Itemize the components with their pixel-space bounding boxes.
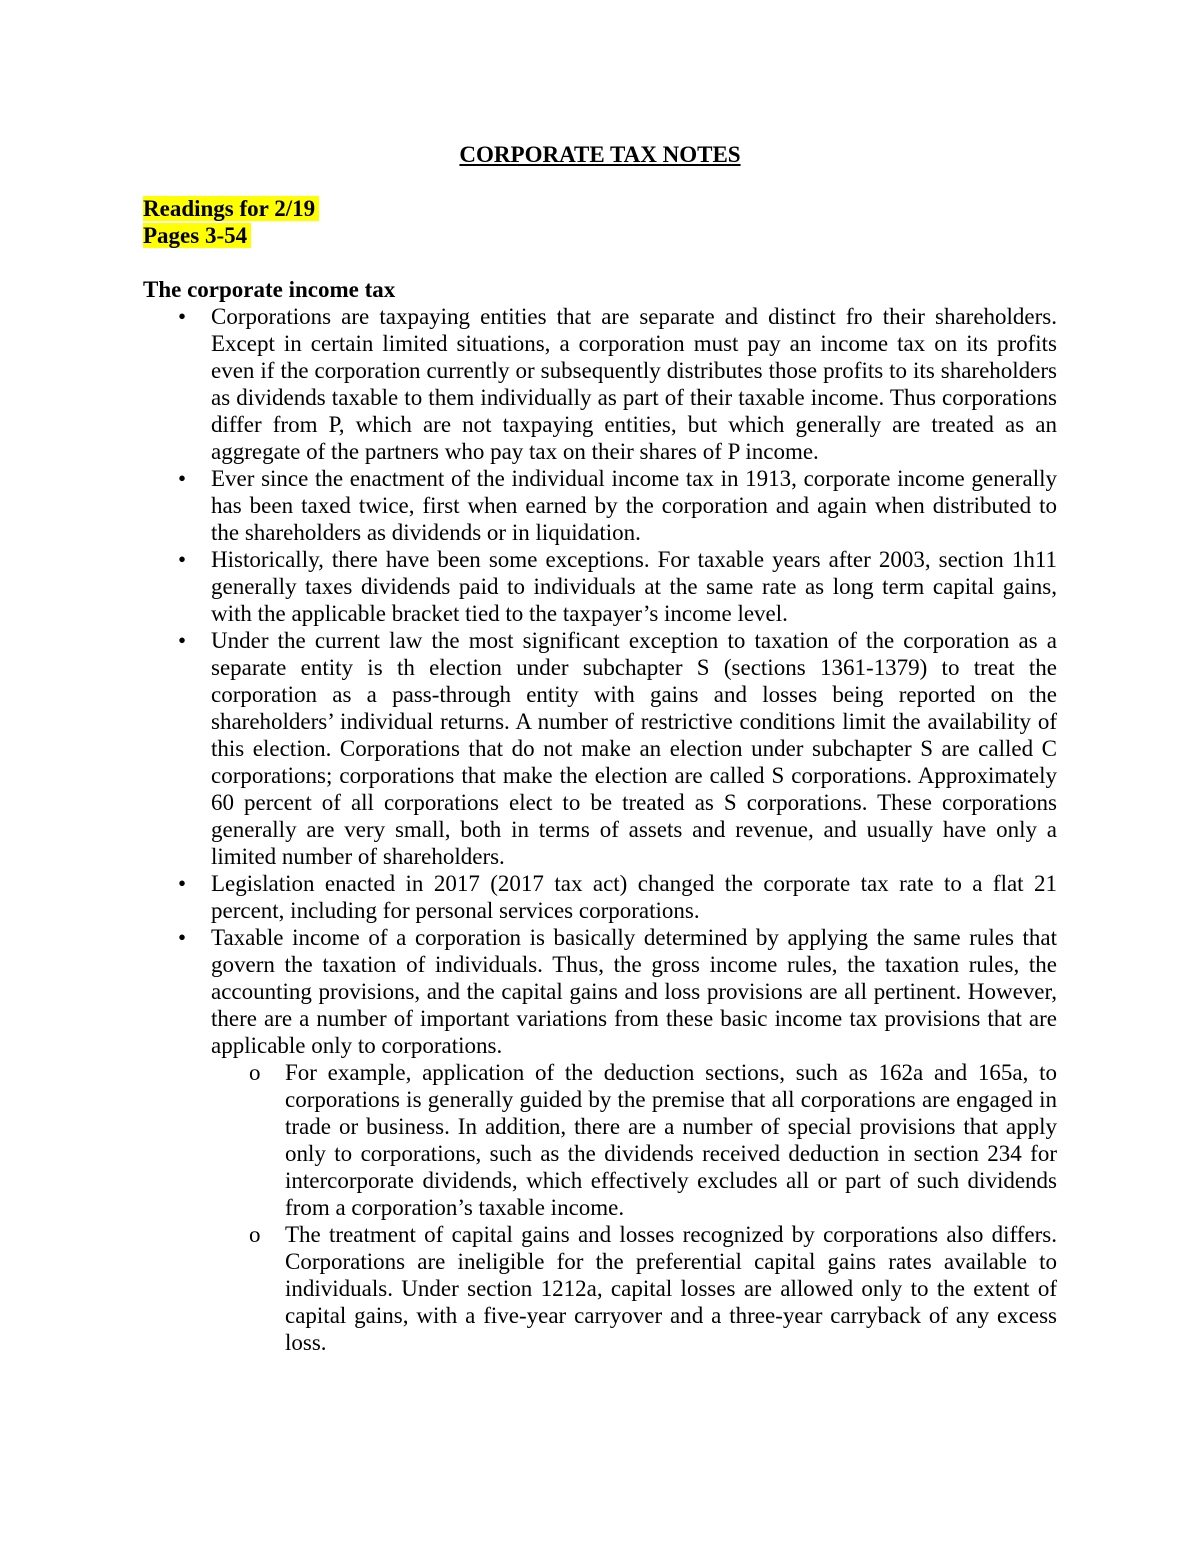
bullet-item: • Corporations are taxpaying entities th… [143,303,1057,465]
readings-line: Readings for 2/19 [143,195,1057,222]
bullet-text: Legislation enacted in 2017 (2017 tax ac… [211,871,1057,923]
sub-bullet-item: o The treatment of capital gains and los… [143,1221,1057,1356]
section-heading: The corporate income tax [143,276,1057,303]
document-page: CORPORATE TAX NOTES Readings for 2/19 Pa… [0,0,1200,1553]
disc-bullet-icon: • [178,924,186,951]
bullet-text: Taxable income of a corporation is basic… [211,925,1057,1058]
bullet-text: Historically, there have been some excep… [211,547,1057,626]
pages-highlight: Pages 3-54 [143,223,251,248]
disc-bullet-icon: • [178,303,186,330]
circle-bullet-icon: o [249,1221,261,1248]
disc-bullet-icon: • [178,465,186,492]
sub-bullet-item: o For example, application of the deduct… [143,1059,1057,1221]
bullet-text: Under the current law the most significa… [211,628,1057,869]
bullet-item: • Historically, there have been some exc… [143,546,1057,627]
bullet-item: • Taxable income of a corporation is bas… [143,924,1057,1059]
pages-line: Pages 3-54 [143,222,1057,249]
document-title: CORPORATE TAX NOTES [143,141,1057,168]
bullet-text: Ever since the enactment of the individu… [211,466,1057,545]
disc-bullet-icon: • [178,627,186,654]
sub-bullet-text: For example, application of the deductio… [285,1060,1057,1220]
sub-bullet-text: The treatment of capital gains and losse… [285,1222,1057,1355]
bullet-item: • Under the current law the most signifi… [143,627,1057,870]
readings-highlight: Readings for 2/19 [143,196,319,221]
disc-bullet-icon: • [178,870,186,897]
bullet-text: Corporations are taxpaying entities that… [211,304,1057,464]
document-content: CORPORATE TAX NOTES Readings for 2/19 Pa… [0,0,1200,1356]
bullet-item: • Ever since the enactment of the indivi… [143,465,1057,546]
circle-bullet-icon: o [249,1059,261,1086]
readings-note-block: Readings for 2/19 Pages 3-54 [143,195,1057,249]
bullet-item: • Legislation enacted in 2017 (2017 tax … [143,870,1057,924]
disc-bullet-icon: • [178,546,186,573]
